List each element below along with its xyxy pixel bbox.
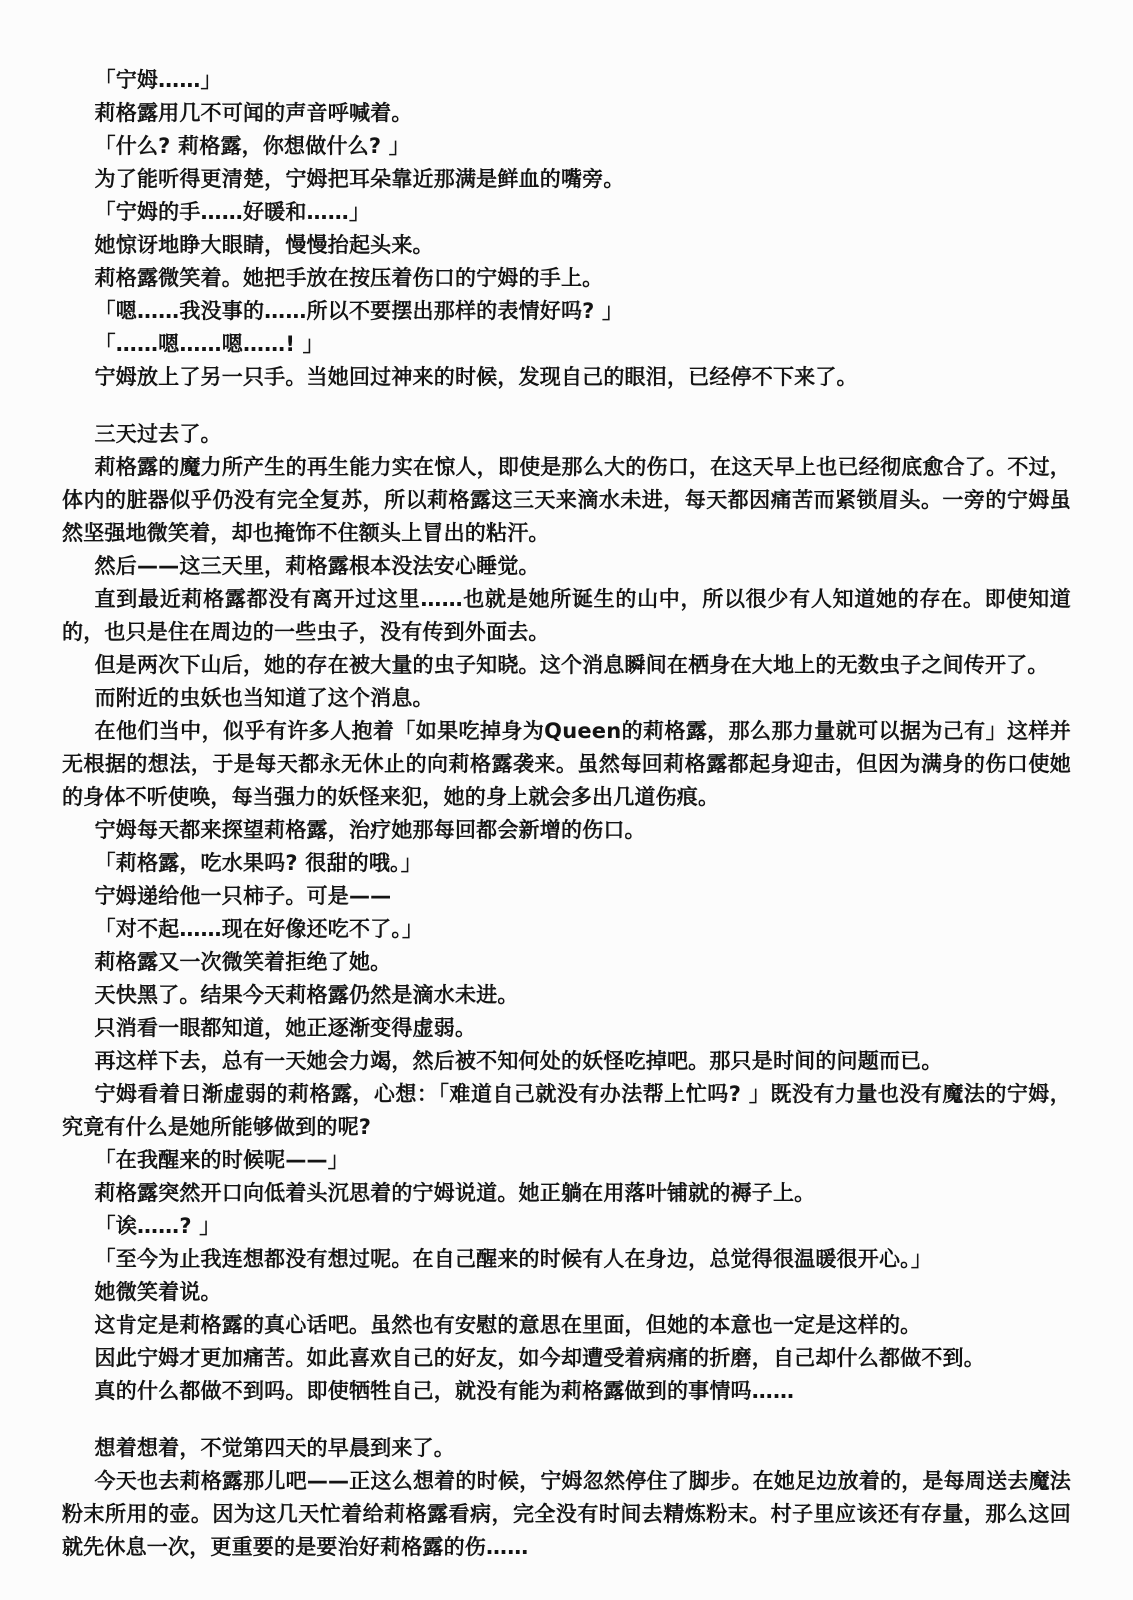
paragraph: 莉格露用几不可闻的声音呼喊着。 [62,97,1071,130]
paragraph: 宁姆看着日渐虚弱的莉格露，心想：「难道自己就没有办法帮上忙吗? 」既没有力量也没… [62,1078,1071,1144]
paragraph: 宁姆放上了另一只手。当她回过神来的时候，发现自己的眼泪，已经停不下来了。 [62,361,1071,394]
paragraph: 「嗯……我没事的……所以不要摆出那样的表情好吗? 」 [62,295,1071,328]
paragraph: 真的什么都做不到吗。即使牺牲自己，就没有能为莉格露做到的事情吗…… [62,1375,1071,1408]
paragraph: 「莉格露，吃水果吗? 很甜的哦。」 [62,847,1071,880]
paragraph: 「……嗯……嗯……! 」 [62,328,1071,361]
paragraph: 然后——这三天里，莉格露根本没法安心睡觉。 [62,550,1071,583]
paragraph: 莉格露突然开口向低着头沉思着的宁姆说道。她正躺在用落叶铺就的褥子上。 [62,1177,1071,1210]
paragraph: 「诶……? 」 [62,1210,1071,1243]
novel-page: 「宁姆……」莉格露用几不可闻的声音呼喊着。「什么? 莉格露，你想做什么? 」为了… [0,0,1133,1600]
paragraph: 直到最近莉格露都没有离开过这里……也就是她所诞生的山中，所以很少有人知道她的存在… [62,583,1071,649]
novel-text-content: 「宁姆……」莉格露用几不可闻的声音呼喊着。「什么? 莉格露，你想做什么? 」为了… [62,64,1071,1564]
paragraph: 但是两次下山后，她的存在被大量的虫子知晓。这个消息瞬间在栖身在大地上的无数虫子之… [62,649,1071,682]
paragraph: 这肯定是莉格露的真心话吧。虽然也有安慰的意思在里面，但她的本意也一定是这样的。 [62,1309,1071,1342]
paragraph: 而附近的虫妖也当知道了这个消息。 [62,682,1071,715]
paragraph: 为了能听得更清楚，宁姆把耳朵靠近那满是鲜血的嘴旁。 [62,163,1071,196]
paragraph: 因此宁姆才更加痛苦。如此喜欢自己的好友，如今却遭受着病痛的折磨，自己却什么都做不… [62,1342,1071,1375]
paragraph: 在他们当中，似乎有许多人抱着「如果吃掉身为Queen的莉格露，那么那力量就可以据… [62,715,1071,814]
paragraph: 「对不起……现在好像还吃不了。」 [62,913,1071,946]
paragraph: 她惊讶地睁大眼睛，慢慢抬起头来。 [62,229,1071,262]
paragraph: 三天过去了。 [62,418,1071,451]
section-break [62,394,1071,418]
paragraph: 今天也去莉格露那儿吧——正这么想着的时候，宁姆忽然停住了脚步。在她足边放着的，是… [62,1465,1071,1564]
paragraph: 「宁姆的手……好暖和……」 [62,196,1071,229]
paragraph: 莉格露的魔力所产生的再生能力实在惊人，即使是那么大的伤口，在这天早上也已经彻底愈… [62,451,1071,550]
paragraph: 「在我醒来的时候呢——」 [62,1144,1071,1177]
paragraph: 再这样下去，总有一天她会力竭，然后被不知何处的妖怪吃掉吧。那只是时间的问题而已。 [62,1045,1071,1078]
paragraph: 宁姆递给他一只柿子。可是—— [62,880,1071,913]
paragraph: 只消看一眼都知道，她正逐渐变得虚弱。 [62,1012,1071,1045]
paragraph: 宁姆每天都来探望莉格露，治疗她那每回都会新增的伤口。 [62,814,1071,847]
paragraph: 「什么? 莉格露，你想做什么? 」 [62,130,1071,163]
paragraph: 莉格露微笑着。她把手放在按压着伤口的宁姆的手上。 [62,262,1071,295]
paragraph: 她微笑着说。 [62,1276,1071,1309]
paragraph: 想着想着，不觉第四天的早晨到来了。 [62,1432,1071,1465]
paragraph: 「宁姆……」 [62,64,1071,97]
paragraph: 「至今为止我连想都没有想过呢。在自己醒来的时候有人在身边，总觉得很温暖很开心。」 [62,1243,1071,1276]
paragraph: 天快黑了。结果今天莉格露仍然是滴水未进。 [62,979,1071,1012]
section-break [62,1408,1071,1432]
paragraph: 莉格露又一次微笑着拒绝了她。 [62,946,1071,979]
